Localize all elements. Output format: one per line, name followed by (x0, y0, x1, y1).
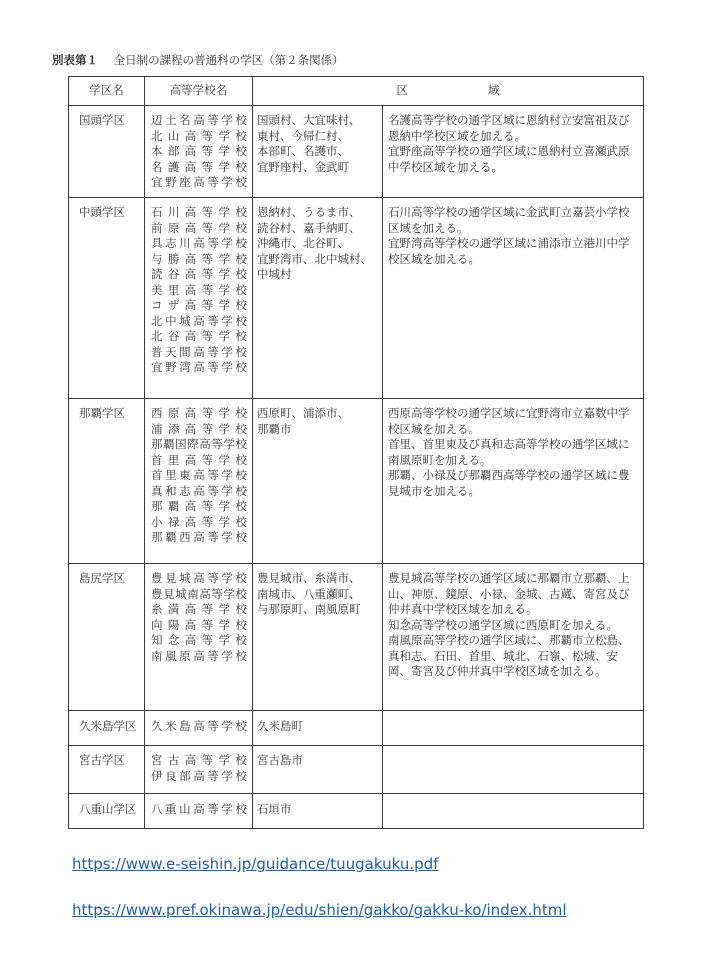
school-district-table: 学区名 高等学校名 区域 国頭学区辺土名高等学校北山高等学校本部高等学校名護高等… (68, 76, 644, 829)
caption-label: 別表第１ (52, 53, 98, 67)
school-list: 石川高等学校前原高等学校具志川高等学校与勝高等学校読谷高等学校美里高等学校コザ高… (145, 198, 253, 399)
school-name: 名護高等学校 (151, 160, 247, 176)
district-name: 宮古学区 (69, 746, 145, 794)
area-municipality: 中城村 (257, 267, 380, 283)
area-note: 石川高等学校の通学区域に金武町立嘉芸小学校区域を加える。 (388, 205, 639, 236)
area-municipality: 南城市、八重瀬町、 (257, 587, 380, 603)
area-note: 西原高等学校の通学区域に宜野湾市立嘉数中学校区域を加える。 (388, 406, 639, 437)
school-name: 美里高等学校 (151, 283, 247, 299)
area-municipality: 那覇市 (257, 422, 380, 438)
district-name: 八重山学区 (69, 794, 145, 829)
school-list: 八重山高等学校 (145, 794, 253, 829)
school-name: 浦添高等学校 (151, 422, 247, 438)
school-name: 小禄高等学校 (151, 515, 247, 531)
school-name: 石川高等学校 (151, 205, 247, 221)
area-list: 宮古島市 (253, 746, 383, 794)
caption-title: 全日制の課程の普通科の学区（第２条関係） (114, 53, 344, 67)
header-area: 区域 (253, 77, 644, 106)
school-name: 本部高等学校 (151, 144, 247, 160)
area-municipality: 豊見城市、糸満市、 (257, 571, 380, 587)
area-municipality: 沖縄市、北谷町、 (257, 236, 380, 252)
table-row: 八重山学区八重山高等学校石垣市 (69, 794, 644, 829)
area-notes (383, 746, 644, 794)
school-name: 豊見城南高等学校 (151, 587, 247, 603)
area-notes: 名護高等学校の通学区域に恩納村立安富祖及び恩納中学校区域を加える。宜野座高等学校… (383, 106, 644, 198)
school-list: 辺土名高等学校北山高等学校本部高等学校名護高等学校宜野座高等学校 (145, 106, 253, 198)
table-row: 国頭学区辺土名高等学校北山高等学校本部高等学校名護高等学校宜野座高等学校国頭村、… (69, 106, 644, 198)
school-name: 伊良部高等学校 (151, 769, 247, 785)
school-name: 北中城高等学校 (151, 314, 247, 330)
area-note: 宜野座高等学校の通学区域に恩納村立喜瀬武原中学校区域を加える。 (388, 144, 639, 175)
area-list: 国頭村、大宜味村、東村、今帰仁村、本部町、名護市、宜野座村、金武町 (253, 106, 383, 198)
area-notes (383, 794, 644, 829)
school-name: 向陽高等学校 (151, 618, 247, 634)
district-name: 那覇学区 (69, 399, 145, 564)
area-municipality: 宮古島市 (257, 753, 380, 769)
area-note: 豊見城高等学校の通学区域に那覇市立那覇、上山、神原、鏡原、小禄、金城、古蔵、寄宮… (388, 571, 639, 618)
table-row: 中頭学区石川高等学校前原高等学校具志川高等学校与勝高等学校読谷高等学校美里高等学… (69, 198, 644, 399)
school-name: 南風原高等学校 (151, 649, 247, 665)
table-row: 島尻学区豊見城高等学校豊見城南高等学校糸満高等学校向陽高等学校知念高等学校南風原… (69, 564, 644, 711)
link-e-seishin[interactable]: https://www.e-seishin.jp/guidance/tuugak… (72, 855, 566, 873)
school-list: 西原高等学校浦添高等学校那覇国際高等学校首里高等学校首里東高等学校真和志高等学校… (145, 399, 253, 564)
school-name: 真和志高等学校 (151, 484, 247, 500)
school-name: 与勝高等学校 (151, 252, 247, 268)
school-name: 首里高等学校 (151, 453, 247, 469)
area-list: 西原町、浦添市、那覇市 (253, 399, 383, 564)
area-notes (383, 711, 644, 746)
school-name: 久米島高等学校 (151, 719, 247, 735)
area-municipality: 宜野座村、金武町 (257, 160, 380, 176)
school-name: 糸満高等学校 (151, 602, 247, 618)
area-list: 久米島町 (253, 711, 383, 746)
table-header-row: 学区名 高等学校名 区域 (69, 77, 644, 106)
school-name: 辺土名高等学校 (151, 113, 247, 129)
area-note: 名護高等学校の通学区域に恩納村立安富祖及び恩納中学校区域を加える。 (388, 113, 639, 144)
area-note: 南風原高等学校の通学区域に、那覇市立松島、真和志、石田、首里、城北、石嶺、松城、… (388, 633, 639, 680)
school-name: 豊見城高等学校 (151, 571, 247, 587)
area-notes: 石川高等学校の通学区域に金武町立嘉芸小学校区域を加える。宜野湾高等学校の通学区域… (383, 198, 644, 399)
area-municipality: 恩納村、うるま市、 (257, 205, 380, 221)
header-schools: 高等学校名 (145, 77, 253, 106)
school-name: 宜野湾高等学校 (151, 360, 247, 376)
area-notes: 豊見城高等学校の通学区域に那覇市立那覇、上山、神原、鏡原、小禄、金城、古蔵、寄宮… (383, 564, 644, 711)
school-list: 豊見城高等学校豊見城南高等学校糸満高等学校向陽高等学校知念高等学校南風原高等学校 (145, 564, 253, 711)
school-name: 普天間高等学校 (151, 345, 247, 361)
reference-links: https://www.e-seishin.jp/guidance/tuugak… (72, 855, 566, 947)
area-municipality: 国頭村、大宜味村、 (257, 113, 380, 129)
area-municipality: 石垣市 (257, 802, 380, 818)
school-name: 読谷高等学校 (151, 267, 247, 283)
header-district: 学区名 (69, 77, 145, 106)
area-list: 恩納村、うるま市、読谷村、嘉手納町、沖縄市、北谷町、宜野湾市、北中城村、中城村 (253, 198, 383, 399)
area-note: 那覇、小禄及び那覇西高等学校の通学区域に豊見城市を加える。 (388, 468, 639, 499)
area-municipality: 読谷村、嘉手納町、 (257, 221, 380, 237)
school-name: コザ高等学校 (151, 298, 247, 314)
table-row: 久米島学区久米島高等学校久米島町 (69, 711, 644, 746)
school-name: 北谷高等学校 (151, 329, 247, 345)
school-name: 北山高等学校 (151, 129, 247, 145)
school-list: 久米島高等学校 (145, 711, 253, 746)
district-name: 国頭学区 (69, 106, 145, 198)
area-municipality: 宜野湾市、北中城村、 (257, 252, 380, 268)
school-name: 八重山高等学校 (151, 802, 247, 818)
school-name: 知念高等学校 (151, 633, 247, 649)
table-row: 宮古学区宮古高等学校伊良部高等学校宮古島市 (69, 746, 644, 794)
area-notes: 西原高等学校の通学区域に宜野湾市立嘉数中学校区域を加える。首里、首里東及び真和志… (383, 399, 644, 564)
school-name: 西原高等学校 (151, 406, 247, 422)
district-name: 中頭学区 (69, 198, 145, 399)
area-note: 知念高等学校の通学区域に西原町を加える。 (388, 618, 639, 634)
school-name: 前原高等学校 (151, 221, 247, 237)
school-name: 首里東高等学校 (151, 468, 247, 484)
school-name: 宮古高等学校 (151, 753, 247, 769)
table-row: 那覇学区西原高等学校浦添高等学校那覇国際高等学校首里高等学校首里東高等学校真和志… (69, 399, 644, 564)
area-note: 首里、首里東及び真和志高等学校の通学区域に南風原町を加える。 (388, 437, 639, 468)
area-municipality: 与那原町、南風原町 (257, 602, 380, 618)
table-caption: 別表第１ 全日制の課程の普通科の学区（第２条関係） (52, 52, 344, 68)
school-name: 宜野座高等学校 (151, 175, 247, 191)
school-name: 那覇国際高等学校 (151, 437, 247, 453)
school-list: 宮古高等学校伊良部高等学校 (145, 746, 253, 794)
area-list: 豊見城市、糸満市、南城市、八重瀬町、与那原町、南風原町 (253, 564, 383, 711)
district-name: 久米島学区 (69, 711, 145, 746)
area-note: 宜野湾高等学校の通学区域に浦添市立港川中学校区域を加える。 (388, 236, 639, 267)
area-municipality: 西原町、浦添市、 (257, 406, 380, 422)
area-municipality: 本部町、名護市、 (257, 144, 380, 160)
area-list: 石垣市 (253, 794, 383, 829)
school-name: 具志川高等学校 (151, 236, 247, 252)
link-pref-okinawa[interactable]: https://www.pref.okinawa.jp/edu/shien/ga… (72, 901, 566, 919)
area-municipality: 久米島町 (257, 719, 380, 735)
district-name: 島尻学区 (69, 564, 145, 711)
school-name: 那覇高等学校 (151, 499, 247, 515)
school-name: 那覇西高等学校 (151, 530, 247, 546)
area-municipality: 東村、今帰仁村、 (257, 129, 380, 145)
